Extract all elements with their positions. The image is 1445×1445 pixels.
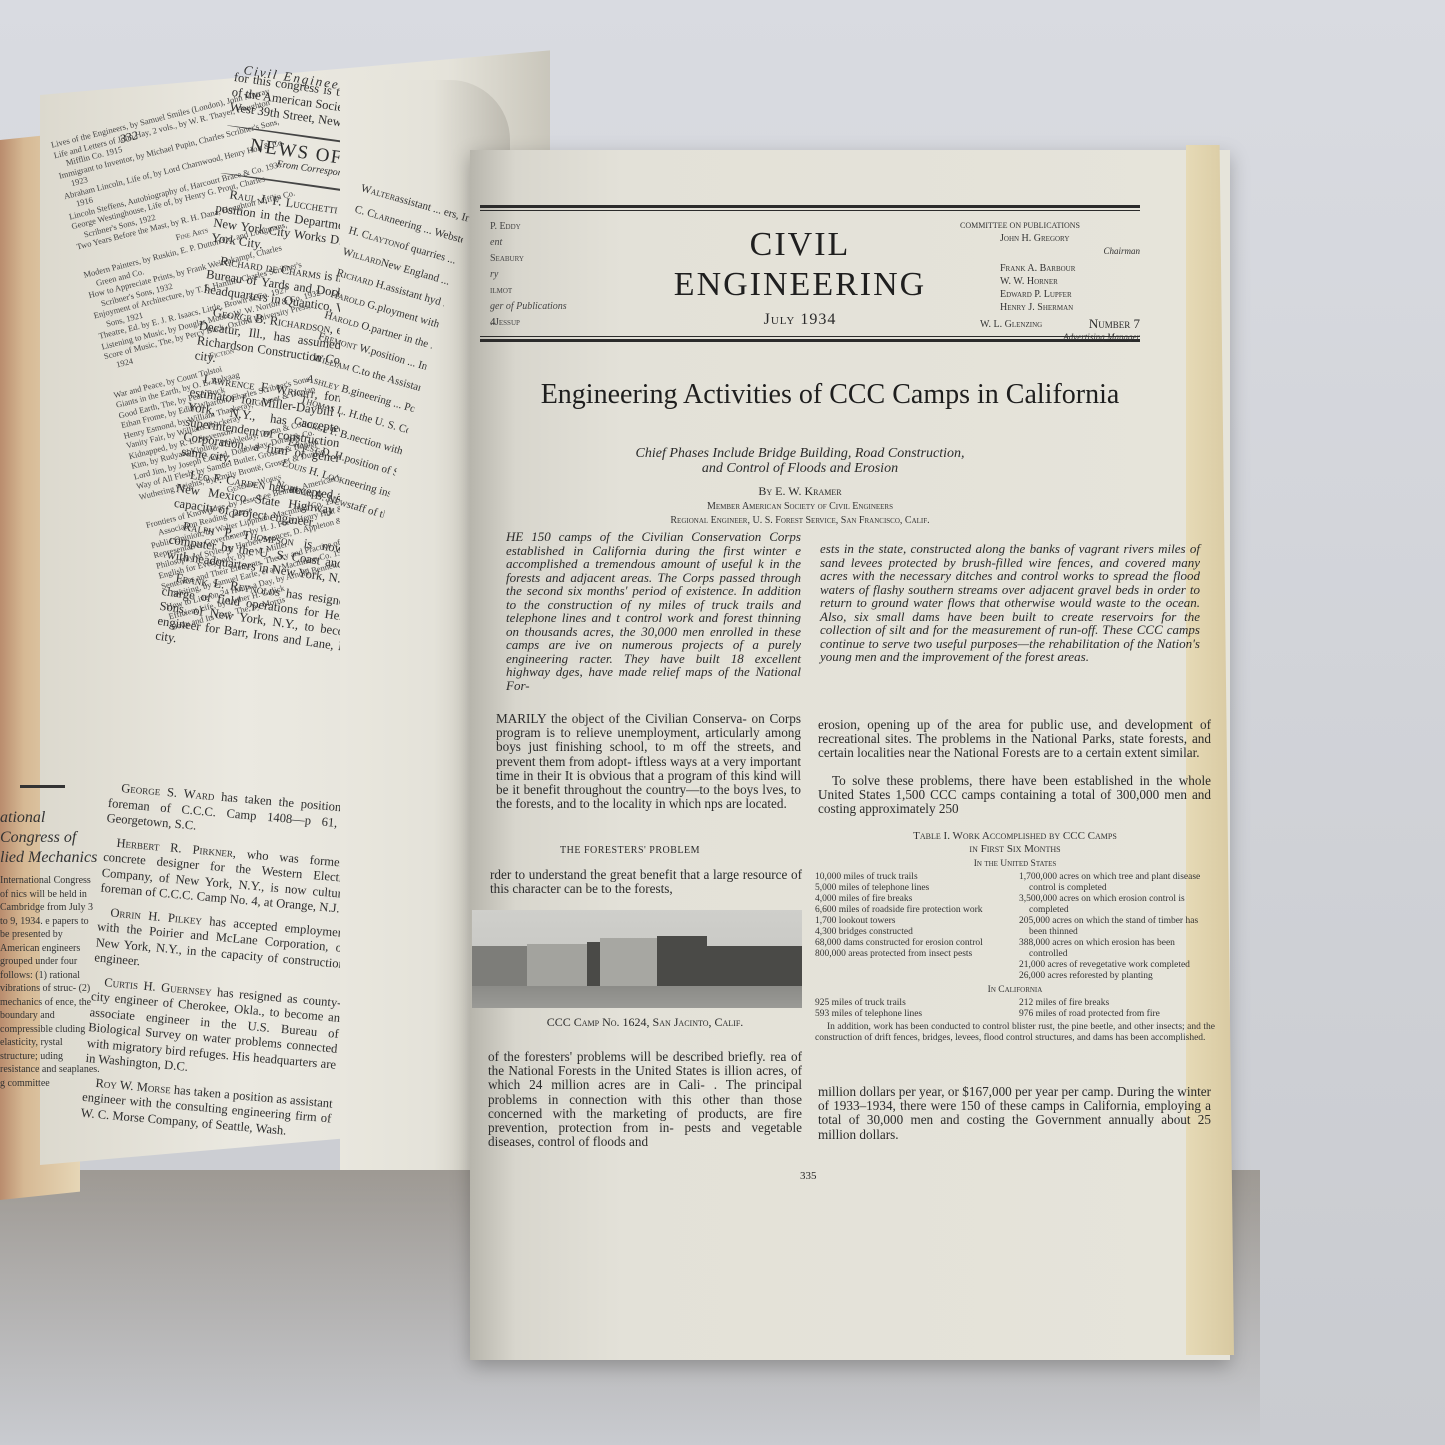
camp-photo: [472, 910, 802, 1008]
body-paragraph-3: of the foresters' problems will be descr…: [488, 1050, 802, 1149]
section-divider: [20, 785, 65, 788]
table-row: 593 miles of telephone lines: [815, 1009, 1011, 1020]
engineer-name: Harold G.: [329, 288, 379, 313]
table-row: 10,000 miles of truck trails: [815, 872, 1011, 883]
staff-entry: ry: [490, 267, 567, 283]
ca-columns: 925 miles of truck trails593 miles of te…: [815, 998, 1215, 1020]
table-row: 800,000 areas protected from insect pest…: [815, 949, 1011, 960]
table-row: 1,700 lookout towers: [815, 916, 1011, 927]
issue-date: July 1934: [640, 311, 960, 329]
affiliation-line-2: Regional Engineer, U. S. Forest Service,…: [540, 514, 1060, 528]
section-heading: The Foresters' Problem: [560, 845, 700, 856]
photo-building: [657, 936, 707, 986]
us-right-column: 1,700,000 acres on which tree and plant …: [1019, 872, 1215, 982]
table-row: 6,600 miles of roadside fire protection …: [815, 905, 1011, 916]
us-heading: In the United States: [815, 859, 1215, 870]
staff-entry: ent: [490, 235, 567, 251]
congress-notice: ational Congress of lied Mechanics Inter…: [0, 800, 100, 1090]
news-item-text: has resigned as county-city engineer of …: [85, 984, 342, 1074]
chairman-name: John H. Gregory: [960, 232, 1140, 245]
ad-manager-role: Advertising Manager: [960, 331, 1140, 344]
issue-number: Number 7: [1089, 316, 1140, 332]
title-line-1: CIVIL: [640, 225, 960, 265]
table-row: 5,000 miles of telephone lines: [815, 883, 1011, 894]
chairman-role: Chairman: [960, 245, 1140, 258]
staff-entry: P. Eddy: [490, 219, 567, 235]
member-3: Edward P. Lupfer: [960, 288, 1140, 301]
news-item-text: staff of the Port of N ... the capacity …: [345, 499, 385, 522]
table-row: 388,000 acres on which erosion has been …: [1019, 938, 1215, 960]
staff-entry: Seabury: [490, 251, 567, 267]
photo-building: [472, 946, 532, 986]
masthead: P. EddyentSeaburyryilmotger of Publicati…: [480, 205, 1140, 344]
member-4: Henry J. Sherman: [960, 301, 1140, 314]
body-paragraph-right-3: million dollars per year, or $167,000 pe…: [818, 1085, 1211, 1142]
engineer-name: Richard H.: [335, 267, 388, 293]
news-item: Orrin H. Pilkey has accepted employment …: [94, 904, 348, 988]
engineer-name: C. Clar: [353, 203, 391, 225]
table-row: 68,000 dams constructed for erosion cont…: [815, 938, 1011, 949]
news-item-text: nection with the ... trict Terminal, of …: [348, 431, 403, 458]
ca-right-column: 212 miles of fire breaks976 miles of roa…: [1019, 998, 1215, 1020]
news-item-text: position of Senior ... New York State ..…: [343, 452, 397, 479]
masthead-rule-top: [480, 205, 1140, 208]
table-row: 1,700,000 acres on which tree and plant …: [1019, 872, 1215, 894]
ca-heading: In California: [815, 985, 1215, 996]
member-2: W. W. Horner: [960, 275, 1140, 288]
article-subtitle: Chief Phases Include Bridge Building, Ro…: [540, 446, 1060, 476]
table-row: 212 miles of fire breaks: [1019, 998, 1215, 1009]
ca-left-column: 925 miles of truck trails593 miles of te…: [815, 998, 1011, 1020]
photo-building: [702, 946, 802, 986]
intro-paragraph-left: HE 150 camps of the Civilian Conservatio…: [506, 530, 801, 692]
engineer-name: Fremont W.: [317, 330, 373, 357]
news-item-text: has accepted employment with the Poirier…: [94, 913, 348, 971]
staff-entry: . Jessup: [490, 315, 567, 331]
table-note: In addition, work has been conducted to …: [815, 1022, 1215, 1044]
news-item-text: the U. S. Coast and ... angulation work …: [358, 411, 410, 437]
news-item: Curtis H. Guernsey has resigned as count…: [85, 974, 342, 1088]
news-item-text: neering inspector for ... tising Company…: [343, 475, 391, 500]
table-row: 26,000 acres reforested by planting: [1019, 971, 1215, 982]
page-number: 335: [800, 1170, 817, 1182]
table-row: 3,500,000 acres on which erosion control…: [1019, 894, 1215, 916]
us-columns: 10,000 miles of truck trails5,000 miles …: [815, 872, 1215, 982]
engineer-name: Willard: [341, 246, 382, 268]
subtitle-line-1: Chief Phases Include Bridge Building, Ro…: [540, 446, 1060, 461]
work-accomplished-table: Table I. Work Accomplished by CCC Camps …: [815, 830, 1215, 1044]
body-paragraph-1: MARILY the object of the Civilian Conser…: [496, 712, 801, 811]
affiliation-line-1: Member American Society of Civil Enginee…: [540, 500, 1060, 514]
news-item: Herbert R. Pirkner, who was formerly con…: [100, 834, 354, 918]
engineer-name: Harold O.: [323, 309, 373, 334]
photo-building: [600, 938, 660, 986]
engineer-name: H. Clayton: [347, 225, 401, 251]
title-line-2: ENGINEERING: [640, 265, 960, 305]
author-affiliation: Member American Society of Civil Enginee…: [540, 500, 1060, 528]
news-items-lower-column: George S. Ward has taken the position of…: [79, 780, 359, 1150]
staff-entry: ger of Publications: [490, 299, 567, 315]
body-paragraph-2: rder to understand the great benefit tha…: [490, 868, 802, 896]
news-items-lower: George S. Ward has taken the position of…: [80, 780, 359, 1142]
congress-title: ational Congress of lied Mechanics: [0, 808, 100, 868]
byline: By E. W. Kramer: [540, 484, 1060, 499]
magazine-title: CIVIL ENGINEERING: [640, 225, 960, 305]
staff-list: P. EddyentSeaburyryilmotger of Publicati…: [490, 219, 567, 331]
intro-paragraph-right: ests in the state, constructed along the…: [820, 542, 1200, 664]
masthead-body: P. EddyentSeaburyryilmotger of Publicati…: [480, 211, 1140, 336]
staff-entry: ilmot: [490, 283, 567, 299]
table-title-line-2: in First Six Months: [815, 843, 1215, 856]
table-row: 21,000 acres of revegetative work comple…: [1019, 960, 1215, 971]
us-left-column: 10,000 miles of truck trails5,000 miles …: [815, 872, 1011, 982]
photo-caption: CCC Camp No. 1624, San Jacinto, Calif.: [480, 1015, 810, 1030]
subtitle-line-2: and Control of Floods and Erosion: [540, 461, 1060, 476]
body-paragraph-right-1: erosion, opening up of the area for publ…: [818, 718, 1211, 761]
engineer-name: William C.: [311, 351, 364, 377]
table-row: 925 miles of truck trails: [815, 998, 1011, 1009]
volume-number: 4: [490, 316, 496, 328]
table-title-line-1: Table I. Work Accomplished by CCC Camps: [815, 830, 1215, 843]
table-row: 4,000 miles of fire breaks: [815, 894, 1011, 905]
engineer-name: Ashley B.: [305, 373, 353, 397]
article-title: Engineering Activities of CCC Camps in C…: [500, 380, 1160, 410]
committee-heading: Committee on Publications: [960, 219, 1140, 232]
body-paragraph-right-2: To solve these problems, there have been…: [818, 774, 1211, 817]
table-row: 976 miles of road protected from fire: [1019, 1009, 1215, 1020]
table-row: 205,000 acres on which the stand of timb…: [1019, 916, 1215, 938]
table-row: 4,300 bridges constructed: [815, 927, 1011, 938]
member-1: Frank A. Barbour: [960, 262, 1140, 275]
